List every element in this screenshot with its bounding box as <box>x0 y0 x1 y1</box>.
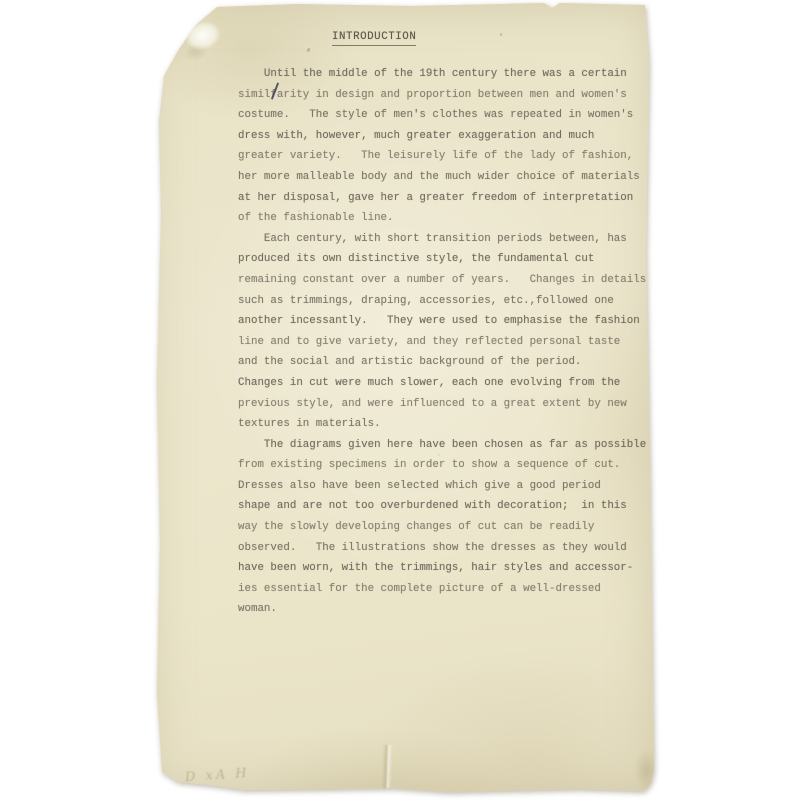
typed-line: her more malleable body and the much wid… <box>238 167 650 188</box>
typewritten-page: INTRODUCTION Until the middle of the 19t… <box>148 2 655 793</box>
body-text: Until the middle of the 19th century the… <box>238 64 650 620</box>
typed-line: Dresses also have been selected which gi… <box>238 476 650 497</box>
typed-line: shape and are not too overburdened with … <box>238 496 650 517</box>
typed-line: similfarity in design and proportion bet… <box>238 85 650 106</box>
typed-line: dress with, however, much greater exagge… <box>238 126 650 147</box>
typed-line: of the fashionable line. <box>238 208 650 229</box>
typed-line: way the slowly developing changes of cut… <box>238 517 650 538</box>
scan-background: INTRODUCTION Until the middle of the 19t… <box>0 0 800 800</box>
typed-line: greater variety. The leisurely life of t… <box>238 146 650 167</box>
typed-line: Changes in cut were much slower, each on… <box>238 373 650 394</box>
typed-line: Each century, with short transition peri… <box>238 229 650 250</box>
typed-line: costume. The style of men's clothes was … <box>238 105 650 126</box>
typed-line: remaining constant over a number of year… <box>238 270 650 291</box>
typed-line: another incessantly. They were used to e… <box>238 311 650 332</box>
typed-line: such as trimmings, draping, accessories,… <box>238 291 650 312</box>
typed-line: observed. The illustrations show the dre… <box>238 538 650 559</box>
typed-line: have been worn, with the trimmings, hair… <box>238 558 650 579</box>
typed-line: textures in materials. <box>238 414 650 435</box>
page-shadow-wrapper: INTRODUCTION Until the middle of the 19t… <box>0 0 800 800</box>
page-title: INTRODUCTION <box>332 31 416 46</box>
typed-line: woman. <box>238 599 650 620</box>
typed-line: produced its own distinctive style, the … <box>238 249 650 270</box>
typed-line: and the social and artistic background o… <box>238 352 650 373</box>
typed-text-layer: INTRODUCTION Until the middle of the 19t… <box>148 2 655 793</box>
typed-line: line and to give variety, and they refle… <box>238 332 650 353</box>
typed-line: at her disposal, gave her a greater free… <box>238 188 650 209</box>
typed-line: previous style, and were influenced to a… <box>238 394 650 415</box>
typed-line: ies essential for the complete picture o… <box>238 579 650 600</box>
typed-line: The diagrams given here have been chosen… <box>238 435 650 456</box>
typed-line: Until the middle of the 19th century the… <box>238 64 650 85</box>
typed-line: from existing specimens in order to show… <box>238 455 650 476</box>
